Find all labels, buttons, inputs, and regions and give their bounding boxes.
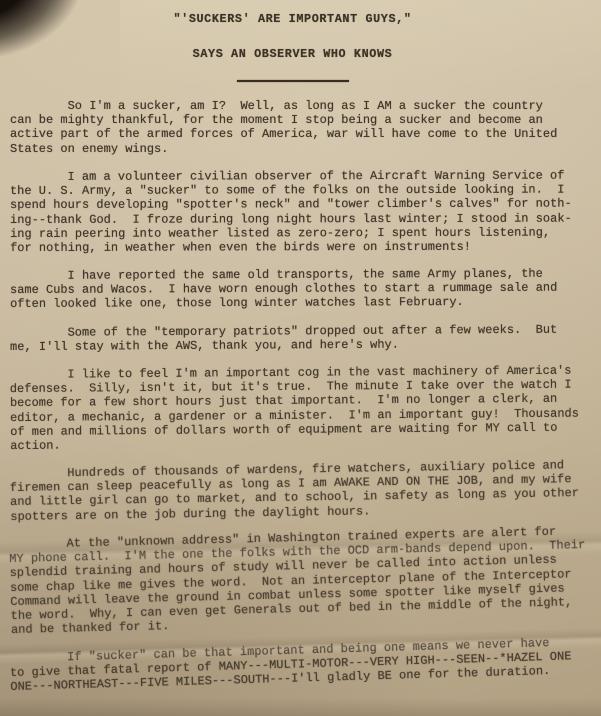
paragraph: So I'm a sucker, am I? Well, as long as … [10, 99, 598, 156]
paragraph: I like to feel I'm an important cog in t… [10, 363, 599, 453]
paragraph: Hundreds of thousands of wardens, fire w… [10, 458, 599, 524]
document-photo: "'SUCKERS' ARE IMPORTANT GUYS," SAYS AN … [0, 0, 601, 716]
paragraph: If "sucker" can be that important and be… [9, 634, 598, 694]
document-body: So I'm a sucker, am I? Well, as long as … [10, 99, 598, 708]
document-subtitle: SAYS AN OBSERVER WHO KNOWS [0, 47, 585, 61]
document-header: "'SUCKERS' ARE IMPORTANT GUYS," SAYS AN … [0, 12, 585, 82]
paragraph: Some of the "temporary patriots" dropped… [10, 322, 598, 354]
paragraph: I am a volunteer civilian observer of th… [10, 168, 598, 255]
paragraph: I have reported the same old transports,… [10, 266, 598, 311]
title-rule [237, 80, 349, 82]
paragraph: At the "unknown address" in Washington t… [9, 524, 599, 638]
document-title: "'SUCKERS' ARE IMPORTANT GUYS," [0, 12, 585, 26]
